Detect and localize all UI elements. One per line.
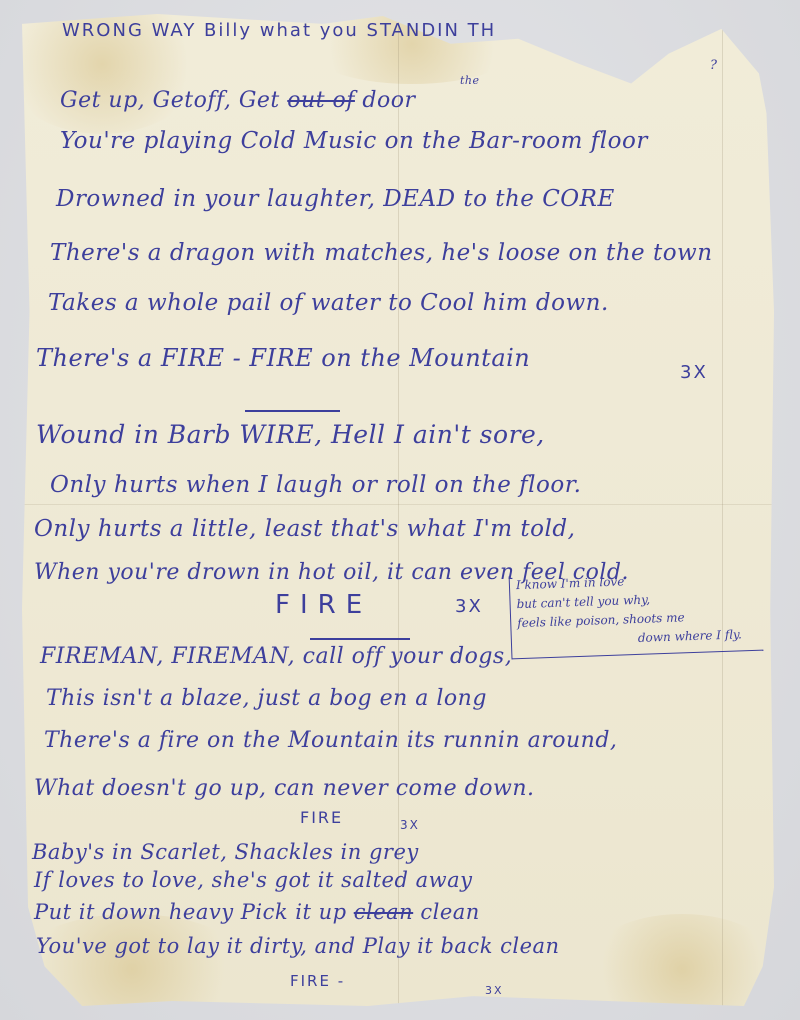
lyric-line-2-text: Get up, Getoff, Get: [60, 88, 280, 113]
lyric-line-6: Takes a whole pail of water to Cool him …: [48, 290, 609, 316]
lyric-line-3: You're playing Cold Music on the Bar-roo…: [60, 128, 648, 154]
lyric-line-10: Only hurts a little, least that's what I…: [34, 516, 575, 542]
lyric-line-18: Baby's in Scarlet, Shackles in grey: [32, 840, 419, 864]
overline-mark: [245, 410, 340, 412]
chorus-line-1: There's a FIRE - FIRE on the Mountain: [36, 344, 530, 372]
lyric-line-5: There's a dragon with matches, he's loos…: [50, 240, 713, 266]
lyric-line-19: If loves to love, she's got it salted aw…: [34, 868, 472, 892]
inserted-word: the: [460, 74, 480, 87]
struck-words: out of: [287, 88, 355, 113]
lyric-line-20-text: Put it down heavy Pick it up: [34, 900, 347, 924]
overline-mark-2: [310, 638, 410, 640]
lyric-line-8: Wound in Barb WIRE, Hell I ain't sore,: [36, 420, 545, 449]
corner-mark: ?: [710, 58, 717, 73]
lyric-line-20-tail: clean: [420, 900, 479, 924]
lyric-line-1: WRONG WAY Billy what you STANDIN TH: [62, 20, 496, 41]
chorus-fire-final: FIRE -: [290, 972, 345, 990]
margin-note: I know I'm in love but can't tell you wh…: [509, 568, 764, 660]
fold-crease-horizontal: [22, 504, 774, 505]
lyric-line-21: You've got to lay it dirty, and Play it …: [36, 934, 560, 958]
fold-crease-vertical-right: [722, 14, 723, 1006]
lyric-line-2: Get up, Getoff, Get out of door: [60, 88, 416, 113]
lyric-line-14: This isn't a blaze, just a bog en a long: [46, 686, 487, 711]
repeat-mark-3: 3X: [400, 818, 420, 832]
repeat-mark-final: 3X: [485, 984, 504, 997]
repeat-mark-1: 3X: [680, 362, 708, 383]
struck-word: clean: [354, 900, 413, 924]
chorus-fire-3: FIRE: [300, 808, 343, 827]
lyric-line-15: There's a fire on the Mountain its runni…: [44, 728, 617, 753]
lyric-line-2-tail: door: [362, 88, 415, 113]
lyric-line-20: Put it down heavy Pick it up clean clean: [34, 900, 480, 924]
repeat-mark-2: 3X: [455, 596, 483, 617]
chorus-fire-2: FIRE: [275, 590, 372, 620]
lyric-line-13: FIREMAN, FIREMAN, call off your dogs,: [40, 644, 512, 669]
lyric-line-4: Drowned in your laughter, DEAD to the CO…: [56, 186, 615, 212]
lyric-line-9: Only hurts when I laugh or roll on the f…: [50, 472, 581, 498]
chorus-text: There's a FIRE - FIRE on the Mountain: [36, 344, 530, 372]
lyric-line-16: What doesn't go up, can never come down.: [34, 776, 535, 801]
